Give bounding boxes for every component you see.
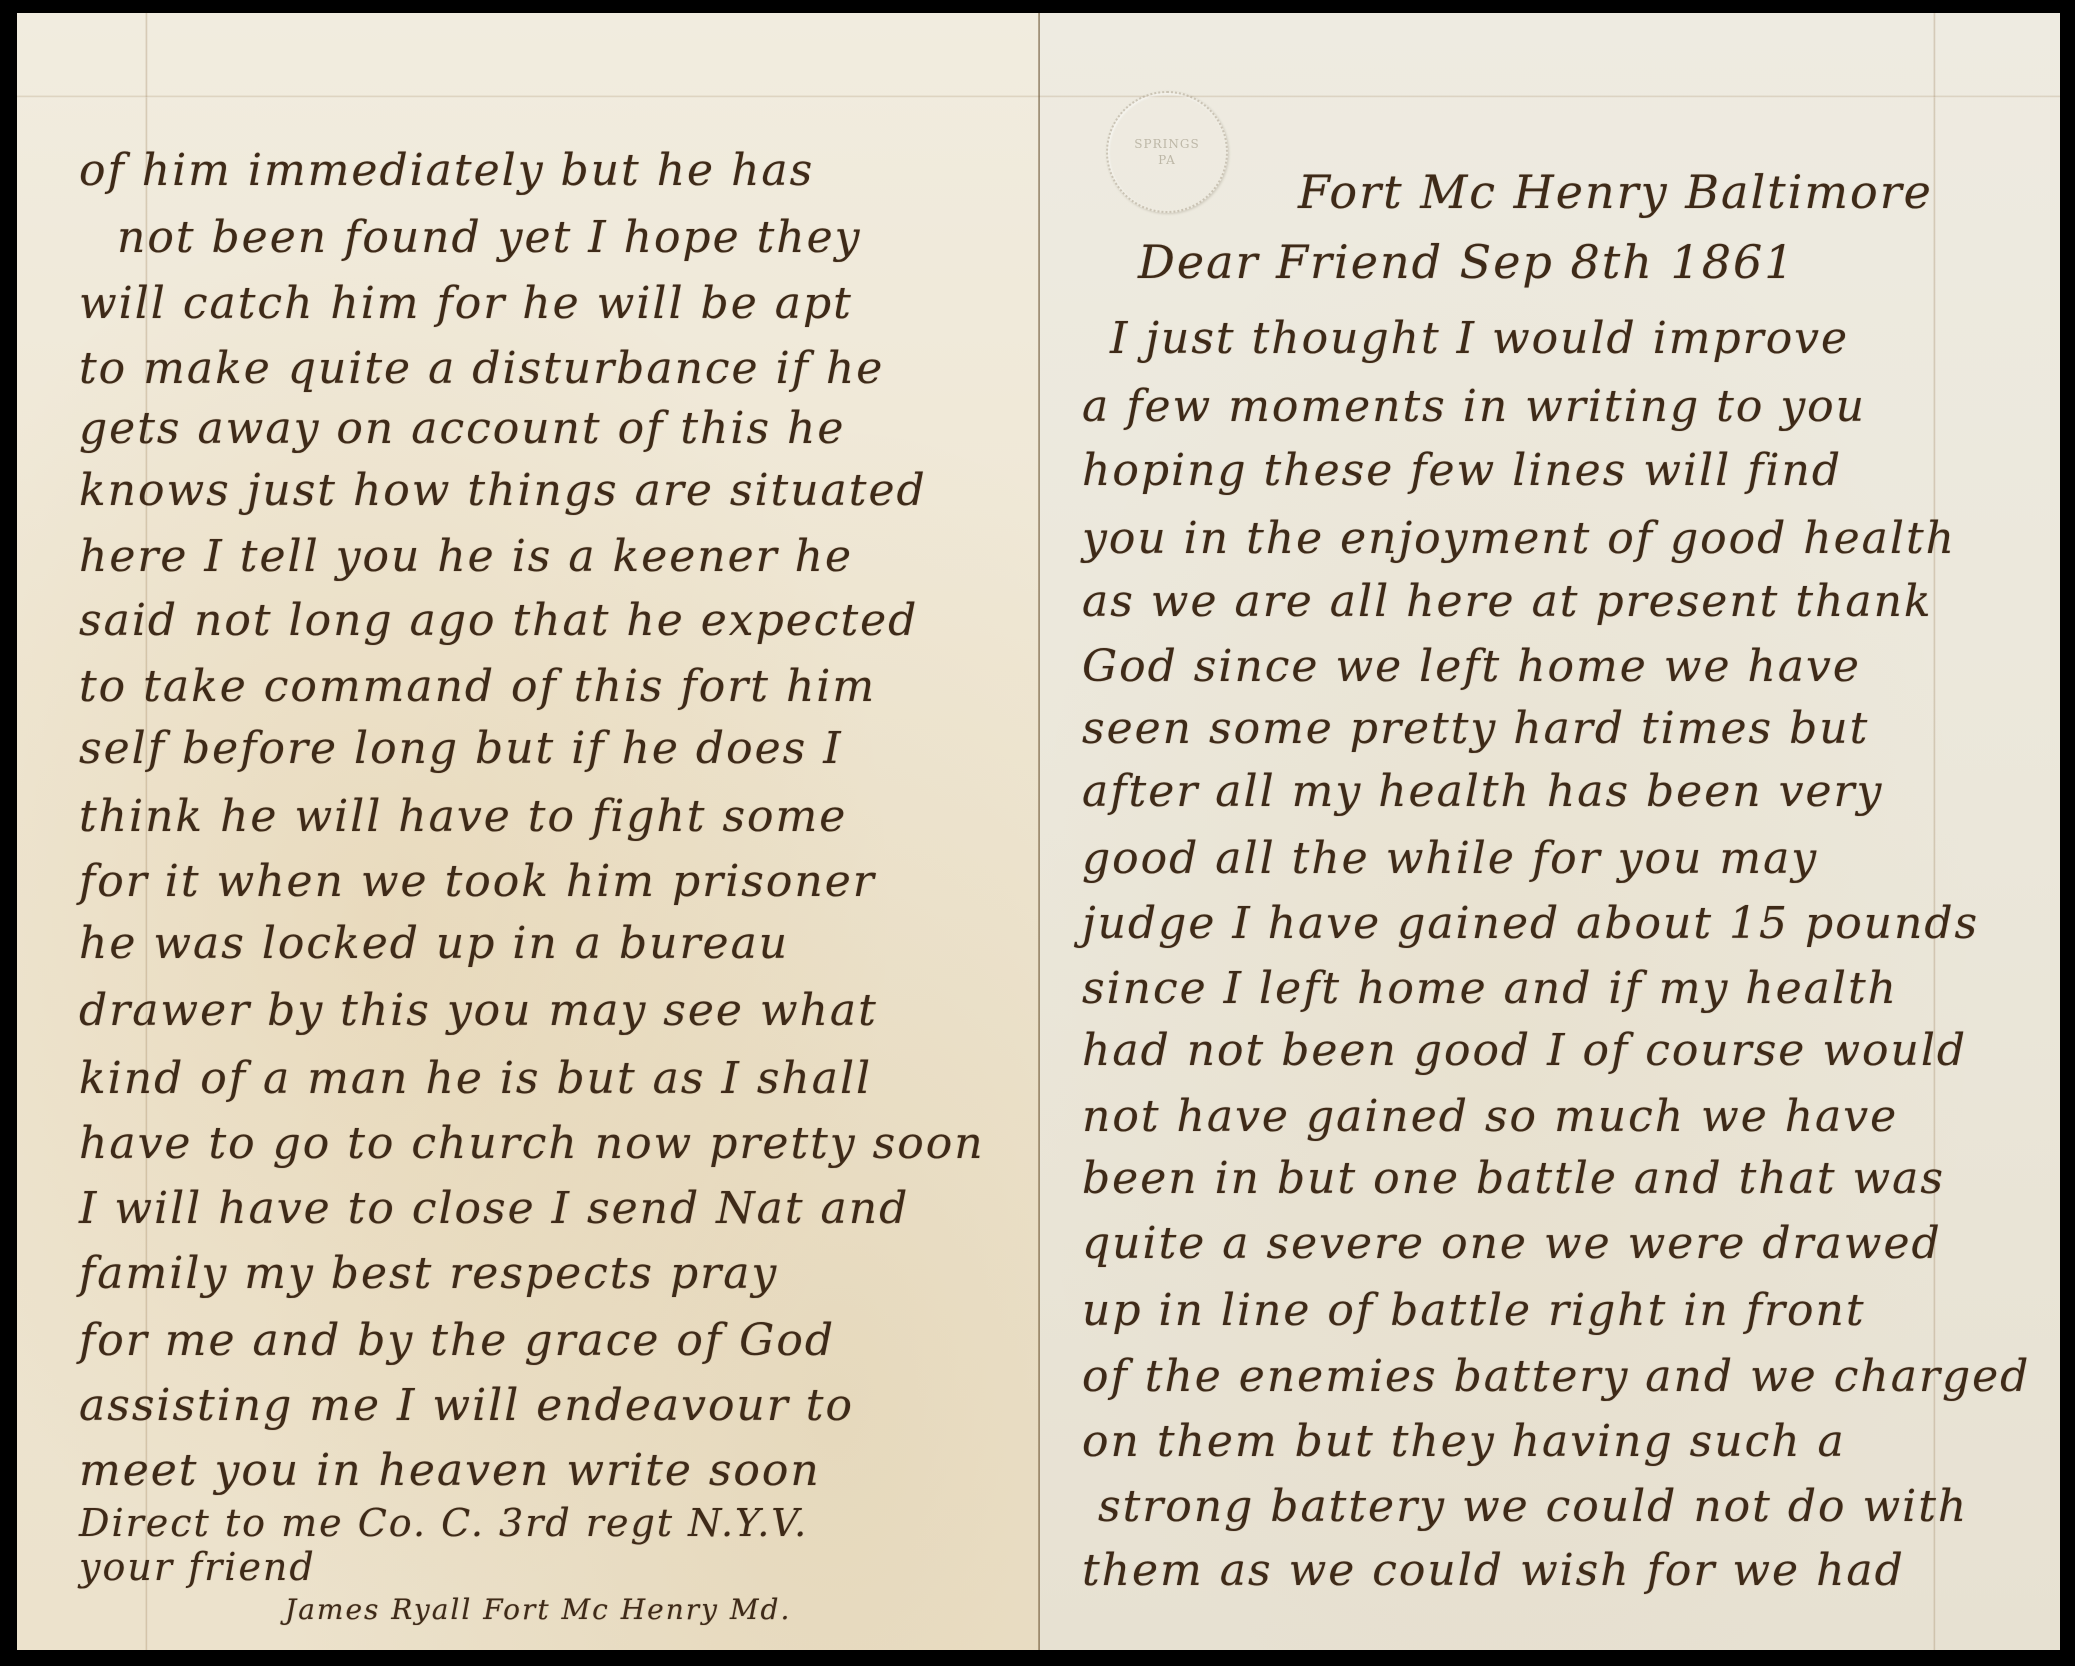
letter-line: think he will have to fight some (79, 791, 847, 842)
letter-line: good all the while for you may (1082, 833, 1818, 884)
letter-line: assisting me I will endeavour to (79, 1380, 854, 1431)
letter-line: he was locked up in a bureau (79, 918, 789, 969)
letter-line: drawer by this you may see what (79, 985, 878, 1036)
letter-line: up in line of battle right in front (1082, 1285, 1866, 1336)
letter-line: hoping these few lines will find (1082, 445, 1842, 496)
closing: your friend (79, 1545, 316, 1589)
letter-line: here I tell you he is a keener he (79, 531, 853, 582)
letter-heading: Fort Mc Henry Baltimore (1298, 165, 1933, 219)
letter-line: since I left home and if my health (1082, 963, 1898, 1014)
letter-line: to make quite a disturbance if he (79, 343, 884, 394)
letter-line: quite a severe one we were drawed (1082, 1218, 1942, 1269)
letter-line: for it when we took him prisoner (79, 856, 876, 907)
letter-line: after all my health has been very (1082, 766, 1883, 817)
letter-line: a few moments in writing to you (1082, 381, 1866, 432)
letter-line: I just thought I would improve (1110, 313, 1849, 364)
letter-line: self before long but if he does I (79, 723, 843, 774)
letter-line: family my best respects pray (79, 1248, 778, 1299)
letter-line: as we are all here at present thank (1082, 576, 1933, 627)
letter-line: knows just how things are situated (79, 465, 927, 516)
fold-line (17, 95, 1040, 98)
emboss-text: SPRINGS (1134, 136, 1199, 152)
letter-line: them as we could wish for we had (1082, 1545, 1905, 1596)
embossed-stamp: SPRINGS PA (1106, 91, 1228, 213)
letter-line: of the enemies battery and we charged (1082, 1351, 2030, 1402)
letter-line: for me and by the grace of God (79, 1315, 835, 1366)
letter-line: will catch him for he will be apt (79, 278, 853, 329)
letter-sheet: of him immediately but he has not been f… (17, 13, 2060, 1650)
left-page: of him immediately but he has not been f… (17, 13, 1040, 1650)
letter-line: not been found yet I hope they (117, 212, 862, 263)
letter-line: God since we left home we have (1082, 641, 1861, 692)
letter-line: kind of a man he is but as I shall (79, 1053, 872, 1104)
signature: James Ryall Fort Mc Henry Md. (285, 1593, 791, 1626)
salutation: Dear Friend Sep 8th 1861 (1138, 235, 1796, 289)
letter-line: meet you in heaven write soon (79, 1445, 821, 1496)
address-line: Direct to me Co. C. 3rd regt N.Y.V. (79, 1501, 808, 1545)
letter-line: judge I have gained about 15 pounds (1082, 898, 1979, 949)
fold-line (1933, 13, 1936, 1650)
letter-line: seen some pretty hard times but (1082, 703, 1869, 754)
letter-line: you in the enjoyment of good health (1082, 513, 1956, 564)
letter-line: on them but they having such a (1082, 1416, 1846, 1467)
letter-line: have to go to church now pretty soon (79, 1118, 985, 1169)
right-page: SPRINGS PA Fort Mc Henry Baltimore Dear … (1040, 13, 2060, 1650)
letter-line: had not been good I of course would (1082, 1025, 1967, 1076)
letter-line: said not long ago that he expected (79, 595, 918, 646)
letter-line: to take command of this fort him (79, 661, 876, 712)
letter-line: I will have to close I send Nat and (79, 1183, 909, 1234)
letter-line: not have gained so much we have (1082, 1091, 1898, 1142)
letter-line: gets away on account of this he (79, 403, 845, 454)
emboss-text: PA (1158, 152, 1176, 168)
letter-line: of him immediately but he has (79, 145, 814, 196)
letter-line: strong battery we could not do with (1098, 1481, 1968, 1532)
letter-line: been in but one battle and that was (1082, 1153, 1945, 1204)
